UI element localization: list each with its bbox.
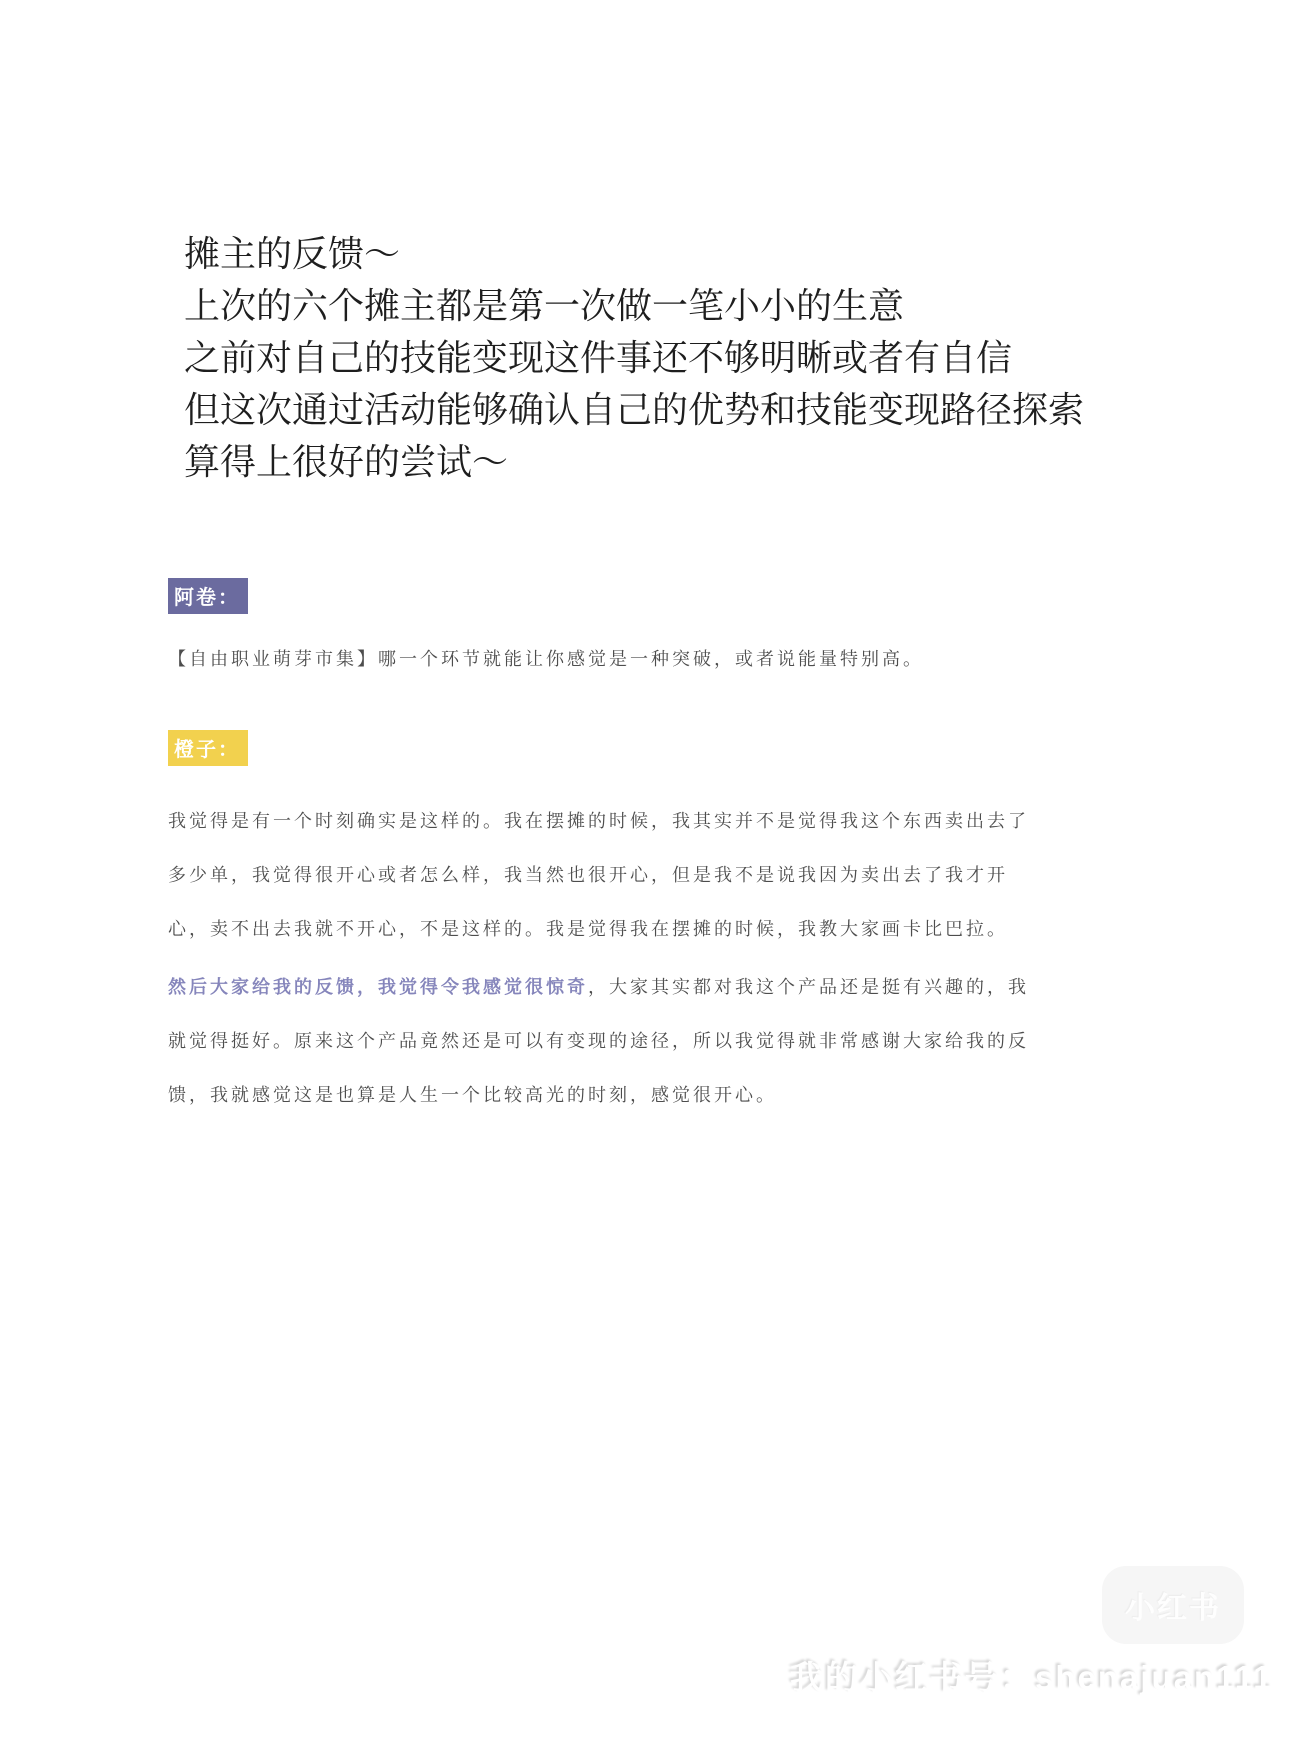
highlighted-quote: 然后大家给我的反馈，我觉得令我感觉很惊奇 <box>168 977 588 997</box>
answer-p1-line-2: 多少单，我觉得很开心或者怎么样，我当然也很开心，但是我不是说我因为卖出去了我才开 <box>168 848 1029 902</box>
document-page: 摊主的反馈～ 上次的六个摊主都是第一次做一笔小小的生意 之前对自己的技能变现这件… <box>0 0 1308 1744</box>
title-line-2: 上次的六个摊主都是第一次做一笔小小的生意 <box>184 280 1084 332</box>
account-watermark: 我的小红书号：shenajuan111 <box>790 1652 1274 1699</box>
question-text: 【自由职业萌芽市集】哪一个环节就能让你感觉是一种突破，或者说能量特别高。 <box>168 632 924 686</box>
speaker-badge-interviewee: 橙子： <box>168 730 248 766</box>
answer-p2-line-1: 然后大家给我的反馈，我觉得令我感觉很惊奇，大家其实都对我这个产品还是挺有兴趣的，… <box>168 960 1029 1014</box>
answer-paragraph-1: 我觉得是有一个时刻确实是这样的。我在摆摊的时候，我其实并不是觉得我这个东西卖出去… <box>168 794 1029 956</box>
answer-paragraph-2: 然后大家给我的反馈，我觉得令我感觉很惊奇，大家其实都对我这个产品还是挺有兴趣的，… <box>168 960 1029 1122</box>
page-title: 摊主的反馈～ 上次的六个摊主都是第一次做一笔小小的生意 之前对自己的技能变现这件… <box>184 228 1084 488</box>
title-line-1: 摊主的反馈～ <box>184 228 1084 280</box>
title-line-3: 之前对自己的技能变现这件事还不够明晰或者有自信 <box>184 332 1084 384</box>
answer-p2-line-3: 馈，我就感觉这是也算是人生一个比较高光的时刻，感觉很开心。 <box>168 1068 1029 1122</box>
answer-p2-line-2: 就觉得挺好。原来这个产品竟然还是可以有变现的途径，所以我觉得就非常感谢大家给我的… <box>168 1014 1029 1068</box>
answer-p1-line-1: 我觉得是有一个时刻确实是这样的。我在摆摊的时候，我其实并不是觉得我这个东西卖出去… <box>168 794 1029 848</box>
xiaohongshu-logo-text: 小红书 <box>1125 1583 1221 1627</box>
title-line-4: 但这次通过活动能够确认自己的优势和技能变现路径探索 <box>184 384 1084 436</box>
xiaohongshu-logo-badge: 小红书 <box>1102 1566 1244 1644</box>
answer-p1-line-3: 心，卖不出去我就不开心，不是这样的。我是觉得我在摆摊的时候，我教大家画卡比巴拉。 <box>168 902 1029 956</box>
question-block: 【自由职业萌芽市集】哪一个环节就能让你感觉是一种突破，或者说能量特别高。 <box>168 632 924 686</box>
speaker-badge-interviewer: 阿卷： <box>168 578 248 614</box>
answer-p2-line-1-rest: ，大家其实都对我这个产品还是挺有兴趣的，我 <box>588 977 1029 997</box>
title-line-5: 算得上很好的尝试～ <box>184 436 1084 488</box>
